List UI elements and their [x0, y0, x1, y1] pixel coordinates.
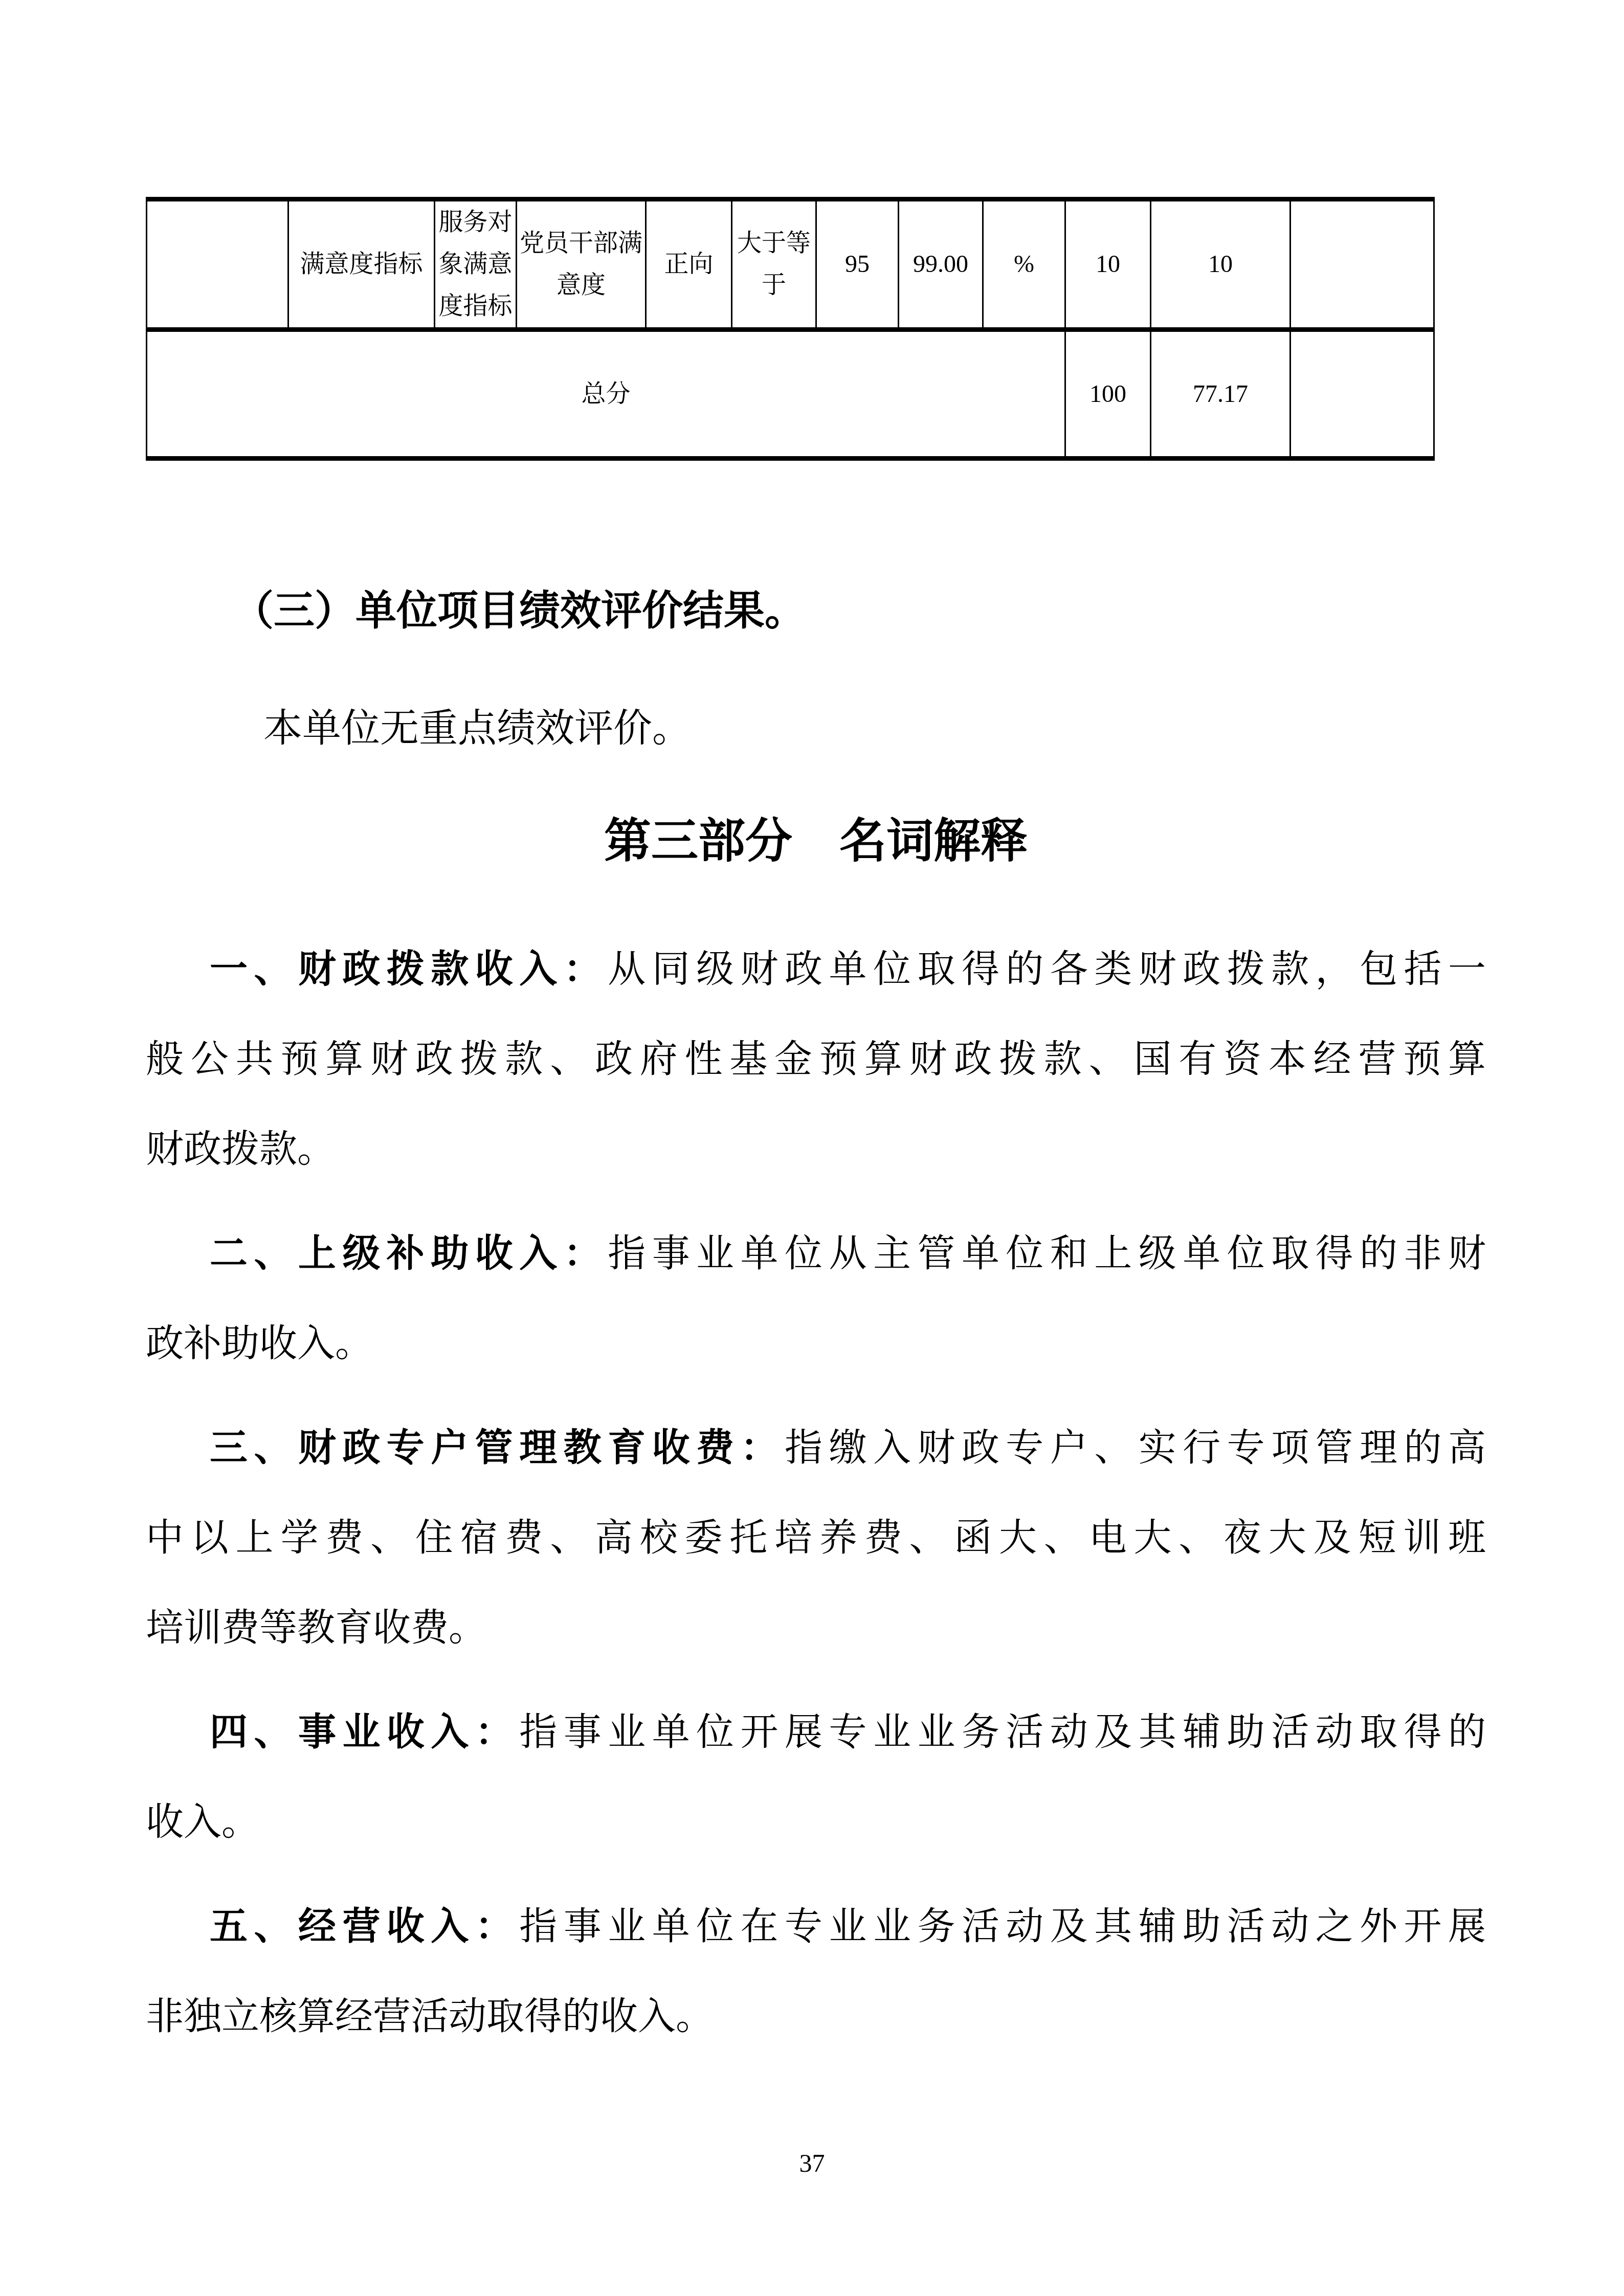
section-intro-text: 本单位无重点绩效评价。: [146, 701, 1486, 757]
term-definition: 般公共预算财政拨款、政府性基金预算财政拨款、国有资本经营预算: [146, 1039, 1486, 1081]
table-cell-indicator-subcategory: 服务对 象满意 度指标: [435, 199, 517, 330]
term-definition: 培训费等教育收费。: [146, 1607, 486, 1649]
term-label: 四、事业收入：: [210, 1712, 519, 1753]
term-definition: 指缴入财政专户、实行专项管理的高: [785, 1427, 1486, 1469]
term-definition: 财政拨款。: [146, 1129, 335, 1170]
performance-indicator-table: 满意度指标 服务对 象满意 度指标 党员干部满 意度 正向 大于等 于 95 9…: [146, 197, 1435, 461]
table-cell-unit: %: [983, 199, 1065, 330]
paragraph-line: 收入。: [146, 1777, 1486, 1867]
table-cell-score: 10: [1151, 199, 1291, 330]
paragraph-line: 培训费等教育收费。: [146, 1583, 1486, 1673]
term-definition: 政补助收入。: [146, 1323, 373, 1365]
table-cell-total-remark: [1291, 330, 1434, 459]
table-cell-indicator-name: 党员干部满 意度: [517, 199, 646, 330]
paragraph-line: 政补助收入。: [146, 1299, 1486, 1389]
term-label: 五、经营收入：: [210, 1906, 519, 1948]
document-page: 满意度指标 服务对 象满意 度指标 党员干部满 意度 正向 大于等 于 95 9…: [0, 0, 1624, 2296]
table-cell-comparison-operator: 大于等 于: [732, 199, 816, 330]
term-label: 一、财政拨款收入：: [210, 949, 608, 991]
term-definition: 指事业单位在专业业务活动及其辅助活动之外开展: [519, 1906, 1486, 1948]
glossary-paragraph-4: 四、事业收入：指事业单位开展专业业务活动及其辅助活动取得的 收入。: [146, 1687, 1486, 1867]
paragraph-line: 二、上级补助收入：指事业单位从主管单位和上级单位取得的非财: [146, 1209, 1486, 1299]
paragraph-line: 一、财政拨款收入：从同级财政单位取得的各类财政拨款，包括一: [146, 925, 1486, 1015]
term-label: 三、财政专户管理教育收费：: [210, 1427, 785, 1469]
term-definition: 从同级财政单位取得的各类财政拨款，包括一: [608, 949, 1486, 991]
page-number: 37: [0, 2143, 1624, 2184]
table-cell-level1-indicator: [147, 199, 288, 330]
term-definition: 收入。: [146, 1802, 259, 1843]
paragraph-line: 五、经营收入：指事业单位在专业业务活动及其辅助活动之外开展: [146, 1882, 1486, 1972]
table-cell-direction: 正向: [646, 199, 732, 330]
term-definition: 指事业单位开展专业业务活动及其辅助活动取得的: [519, 1712, 1486, 1753]
part-title: 第三部分 名词解释: [146, 808, 1486, 874]
term-definition: 中以上学费、住宿费、高校委托培养费、函大、电大、夜大及短训班: [146, 1517, 1486, 1559]
table-cell-actual-value: 99.00: [899, 199, 983, 330]
table-cell-target-value: 95: [816, 199, 899, 330]
glossary-paragraph-3: 三、财政专户管理教育收费：指缴入财政专户、实行专项管理的高 中以上学费、住宿费、…: [146, 1403, 1486, 1673]
paragraph-line: 四、事业收入：指事业单位开展专业业务活动及其辅助活动取得的: [146, 1687, 1486, 1777]
table-cell-indicator-category: 满意度指标: [288, 199, 435, 330]
table-cell-remark: [1291, 199, 1434, 330]
term-definition: 非独立核算经营活动取得的收入。: [146, 1996, 714, 2038]
glossary-paragraph-1: 一、财政拨款收入：从同级财政单位取得的各类财政拨款，包括一 般公共预算财政拨款、…: [146, 925, 1486, 1195]
table-row-indicator: 满意度指标 服务对 象满意 度指标 党员干部满 意度 正向 大于等 于 95 9…: [147, 199, 1434, 330]
paragraph-line: 三、财政专户管理教育收费：指缴入财政专户、实行专项管理的高: [146, 1403, 1486, 1493]
term-definition: 指事业单位从主管单位和上级单位取得的非财: [608, 1233, 1486, 1275]
term-label: 二、上级补助收入：: [210, 1233, 608, 1275]
glossary-paragraph-5: 五、经营收入：指事业单位在专业业务活动及其辅助活动之外开展 非独立核算经营活动取…: [146, 1882, 1486, 2062]
table-cell-total-score: 77.17: [1151, 330, 1291, 459]
table-cell-total-weight: 100: [1065, 330, 1151, 459]
table-cell-total-label: 总分: [147, 330, 1065, 459]
paragraph-line: 中以上学费、住宿费、高校委托培养费、函大、电大、夜大及短训班: [146, 1493, 1486, 1583]
table-row-total: 总分 100 77.17: [147, 330, 1434, 459]
table-cell-weight: 10: [1065, 199, 1151, 330]
glossary-paragraph-2: 二、上级补助收入：指事业单位从主管单位和上级单位取得的非财 政补助收入。: [146, 1209, 1486, 1389]
paragraph-line: 非独立核算经营活动取得的收入。: [146, 1972, 1486, 2062]
paragraph-line: 般公共预算财政拨款、政府性基金预算财政拨款、国有资本经营预算: [146, 1015, 1486, 1105]
paragraph-line: 财政拨款。: [146, 1105, 1486, 1195]
section-heading: （三）单位项目绩效评价结果。: [146, 583, 1486, 639]
